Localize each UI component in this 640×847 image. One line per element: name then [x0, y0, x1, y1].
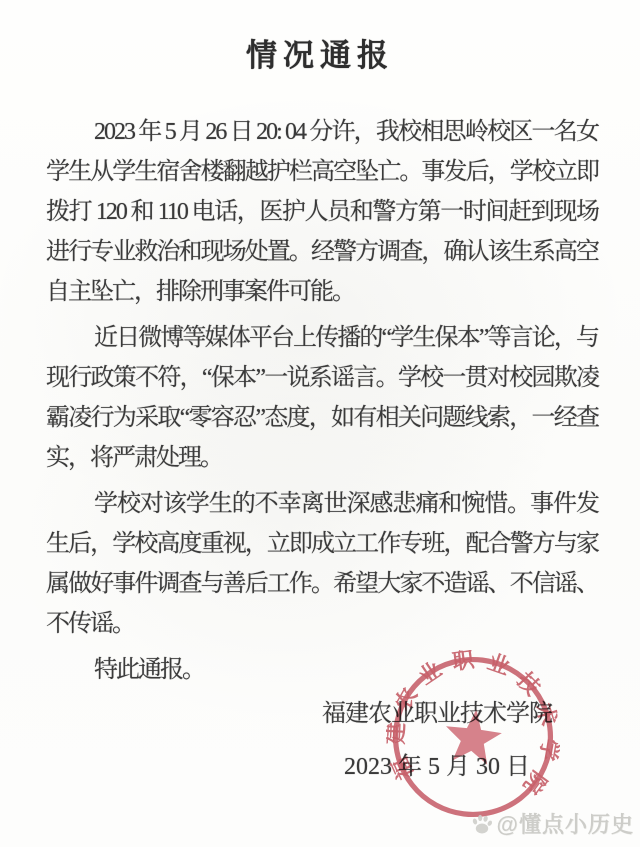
official-seal: 福建农业职业技术学院 — [386, 650, 560, 824]
paw-icon — [470, 812, 494, 836]
document-body: 2023 年 5 月 26 日 20: 04 分许，我校相思岭校区一名女学生从学… — [46, 112, 598, 696]
paragraph-rumor-response: 近日微博等媒体平台上传播的“学生保本”等言论，与现行政策不符，“保本”一说系谣言… — [46, 318, 598, 478]
seal-star-icon — [442, 706, 504, 766]
watermark-handle: @懂点小历史 — [497, 808, 634, 839]
paragraph-condolence: 学校对该学生的不幸离世深感悲痛和惋惜。事件发生后，学校高度重视，立即成立工作专班… — [46, 484, 598, 644]
notice-document-page: 情况通报 2023 年 5 月 26 日 20: 04 分许，我校相思岭校区一名… — [0, 0, 640, 847]
paragraph-incident: 2023 年 5 月 26 日 20: 04 分许，我校相思岭校区一名女学生从学… — [46, 112, 598, 312]
document-title: 情况通报 — [0, 30, 640, 75]
watermark: @懂点小历史 — [470, 808, 634, 839]
